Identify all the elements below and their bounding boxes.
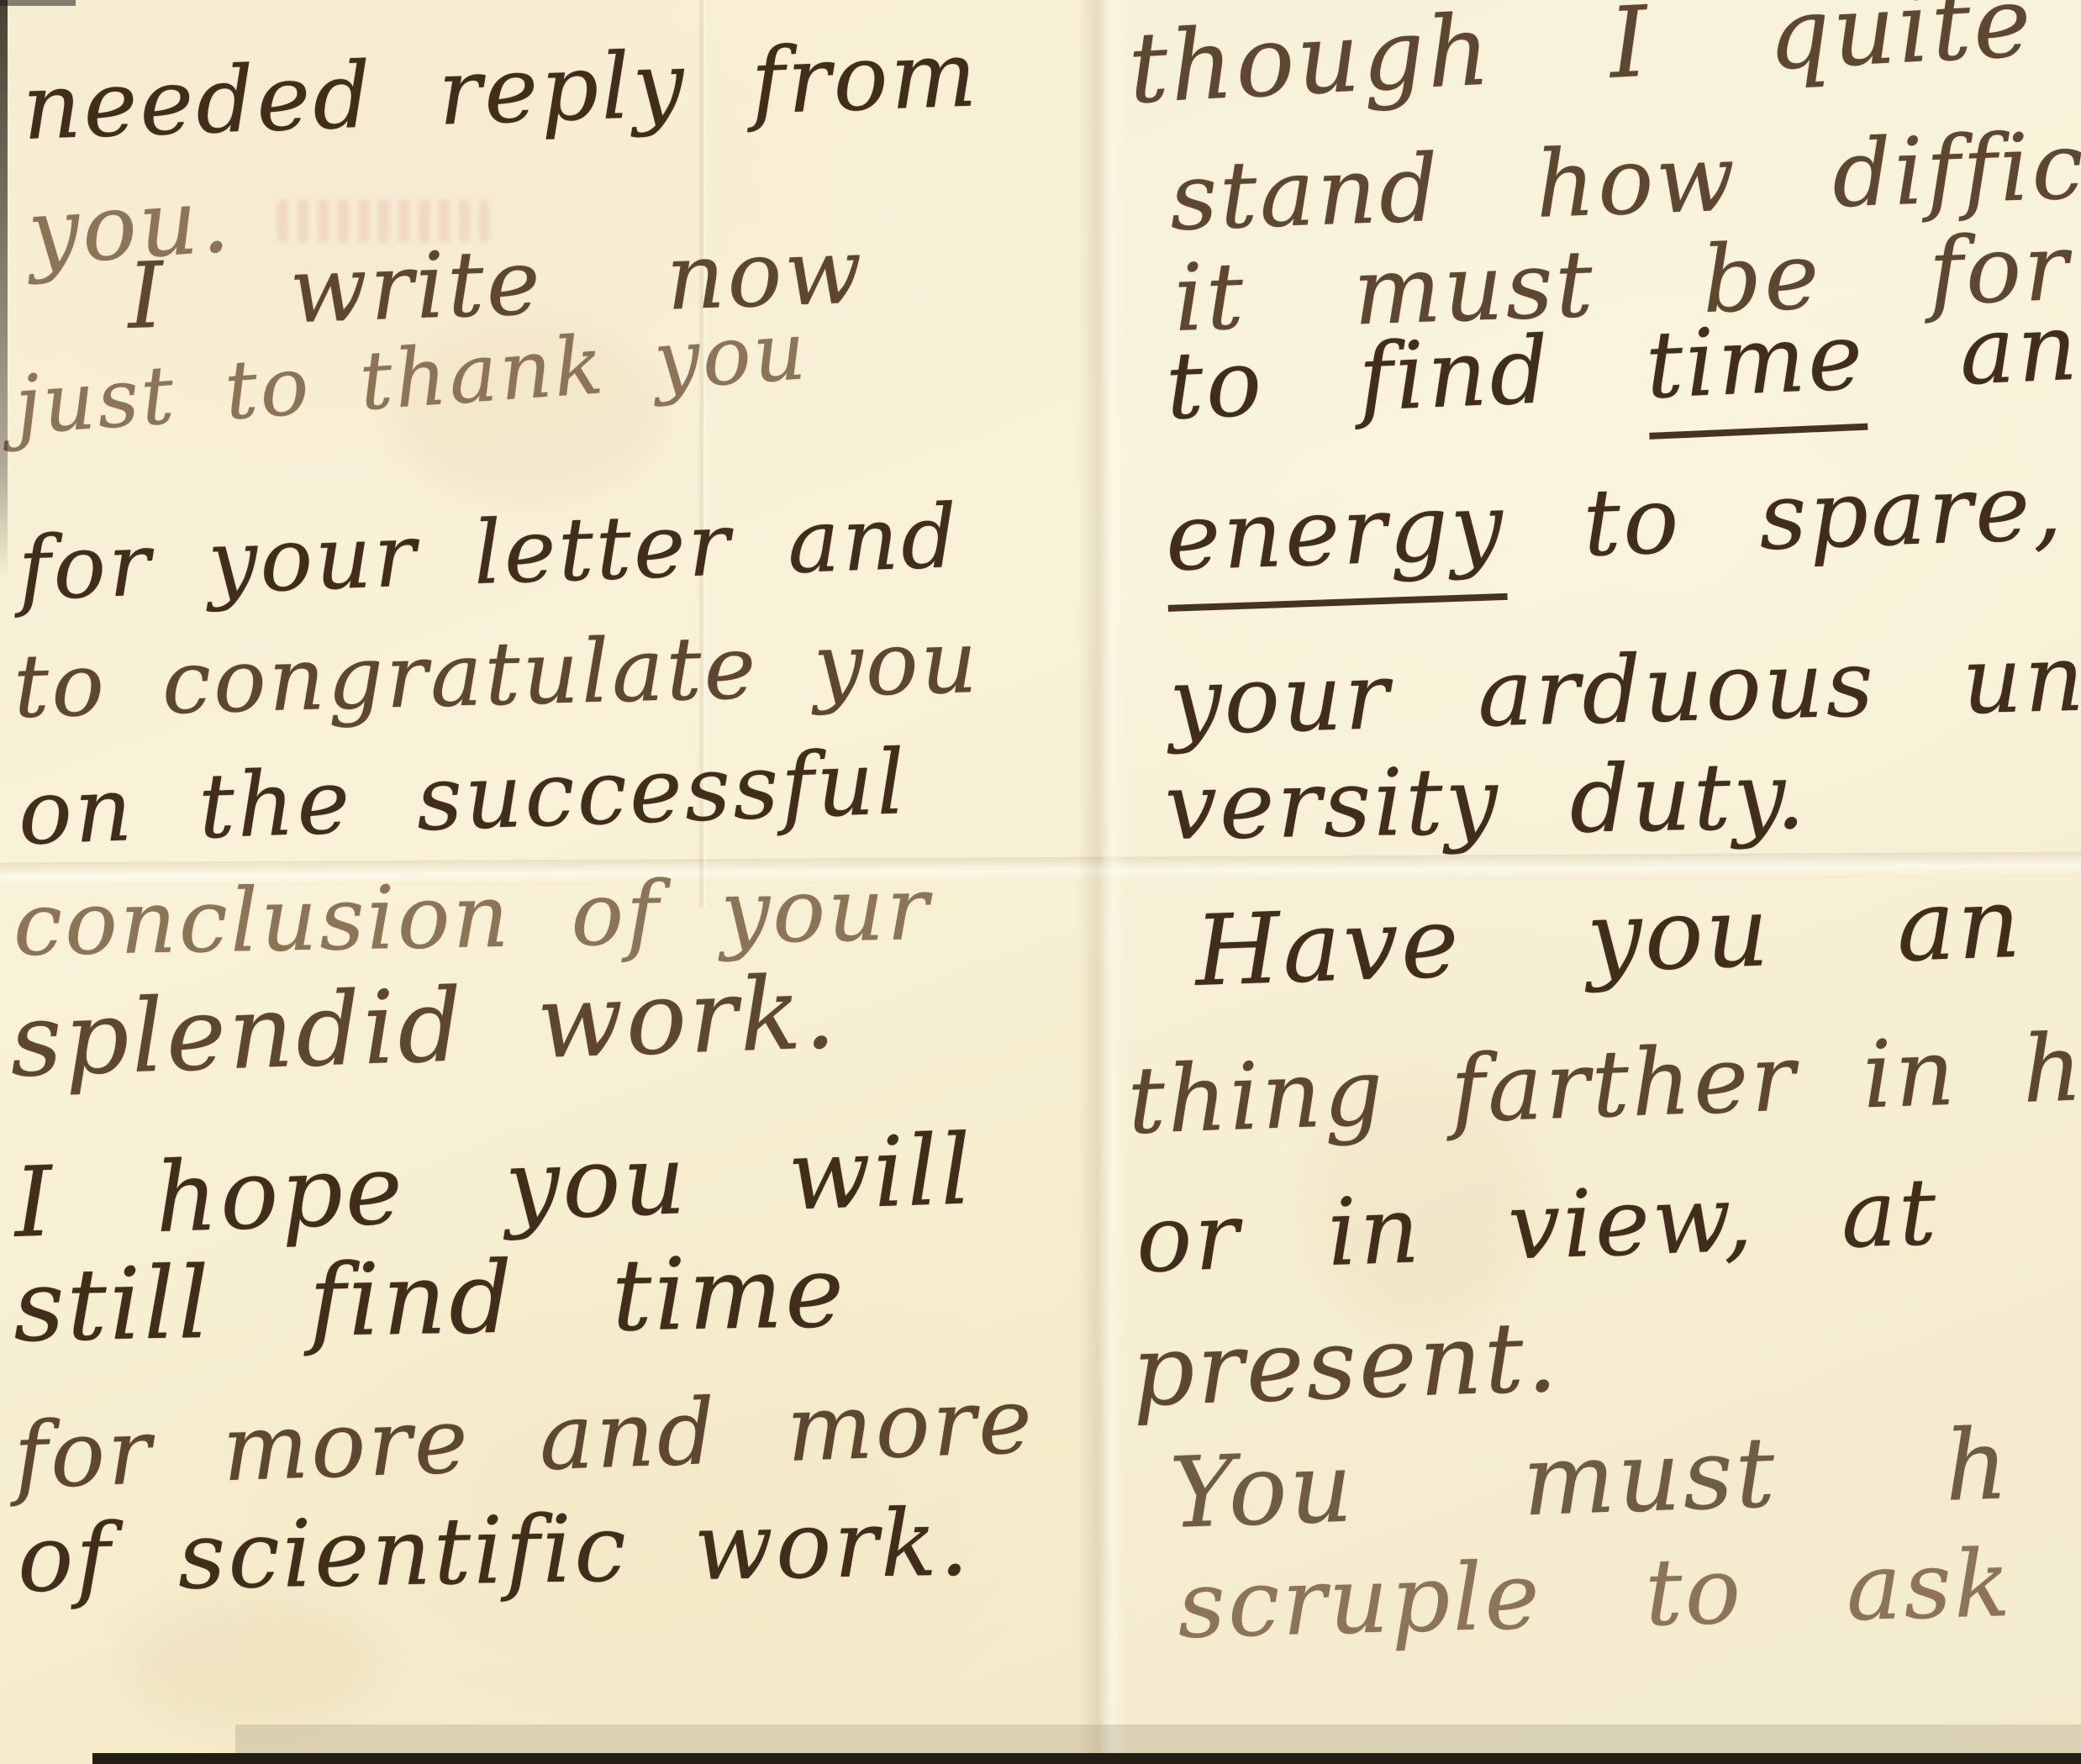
paper-aging-blotch bbox=[126, 1597, 378, 1731]
handwritten-line: splendid work. bbox=[8, 963, 840, 1093]
handwritten-line: still find time bbox=[13, 1242, 847, 1356]
handwritten-line: Have you an bbox=[1193, 875, 2025, 1001]
handwritten-line: though I quite un bbox=[1126, 0, 2081, 118]
handwritten-line: to congratulate you bbox=[13, 618, 981, 730]
handwritten-line: for your letter and bbox=[17, 492, 961, 613]
handwritten-line: on the successful bbox=[17, 738, 909, 858]
handwritten-line: conclusion of your bbox=[13, 865, 931, 968]
handwritten-line: of scientific work. bbox=[17, 1496, 972, 1605]
scan-top-edge-shadow bbox=[0, 0, 76, 6]
vertical-fold-gutter bbox=[1077, 0, 1128, 1764]
handwritten-line: or in view, at bbox=[1135, 1166, 1940, 1286]
scan-bottom-edge bbox=[92, 1753, 2081, 1764]
handwritten-line: your arduous uni bbox=[1168, 630, 2081, 748]
letter-scan: needed reply from you. I write now just … bbox=[0, 0, 2081, 1764]
line-segment: to find bbox=[1164, 312, 1649, 440]
handwritten-line: You must h bbox=[1168, 1416, 2012, 1543]
handwritten-line: present. bbox=[1130, 1309, 1561, 1421]
handwritten-line: for more and more bbox=[13, 1377, 1036, 1503]
handwritten-line: energy to spare, fr bbox=[1164, 455, 2081, 584]
handwritten-line: scruple to ask b bbox=[1177, 1533, 2081, 1651]
underlined-word-time: time bbox=[1644, 303, 1868, 440]
handwritten-line: I hope you will bbox=[13, 1122, 975, 1252]
line-segment: and bbox=[1862, 290, 2081, 409]
underlined-word-energy: energy bbox=[1164, 472, 1508, 612]
scan-bottom-grey-band bbox=[235, 1725, 2081, 1753]
scan-left-edge-shadow bbox=[0, 0, 8, 580]
handwritten-line: thing farther in han bbox=[1126, 1017, 2081, 1147]
handwritten-line: needed reply from bbox=[21, 29, 981, 154]
line-segment: to spare, fr bbox=[1504, 447, 2081, 580]
handwritten-line: versity duty. bbox=[1164, 750, 1809, 853]
